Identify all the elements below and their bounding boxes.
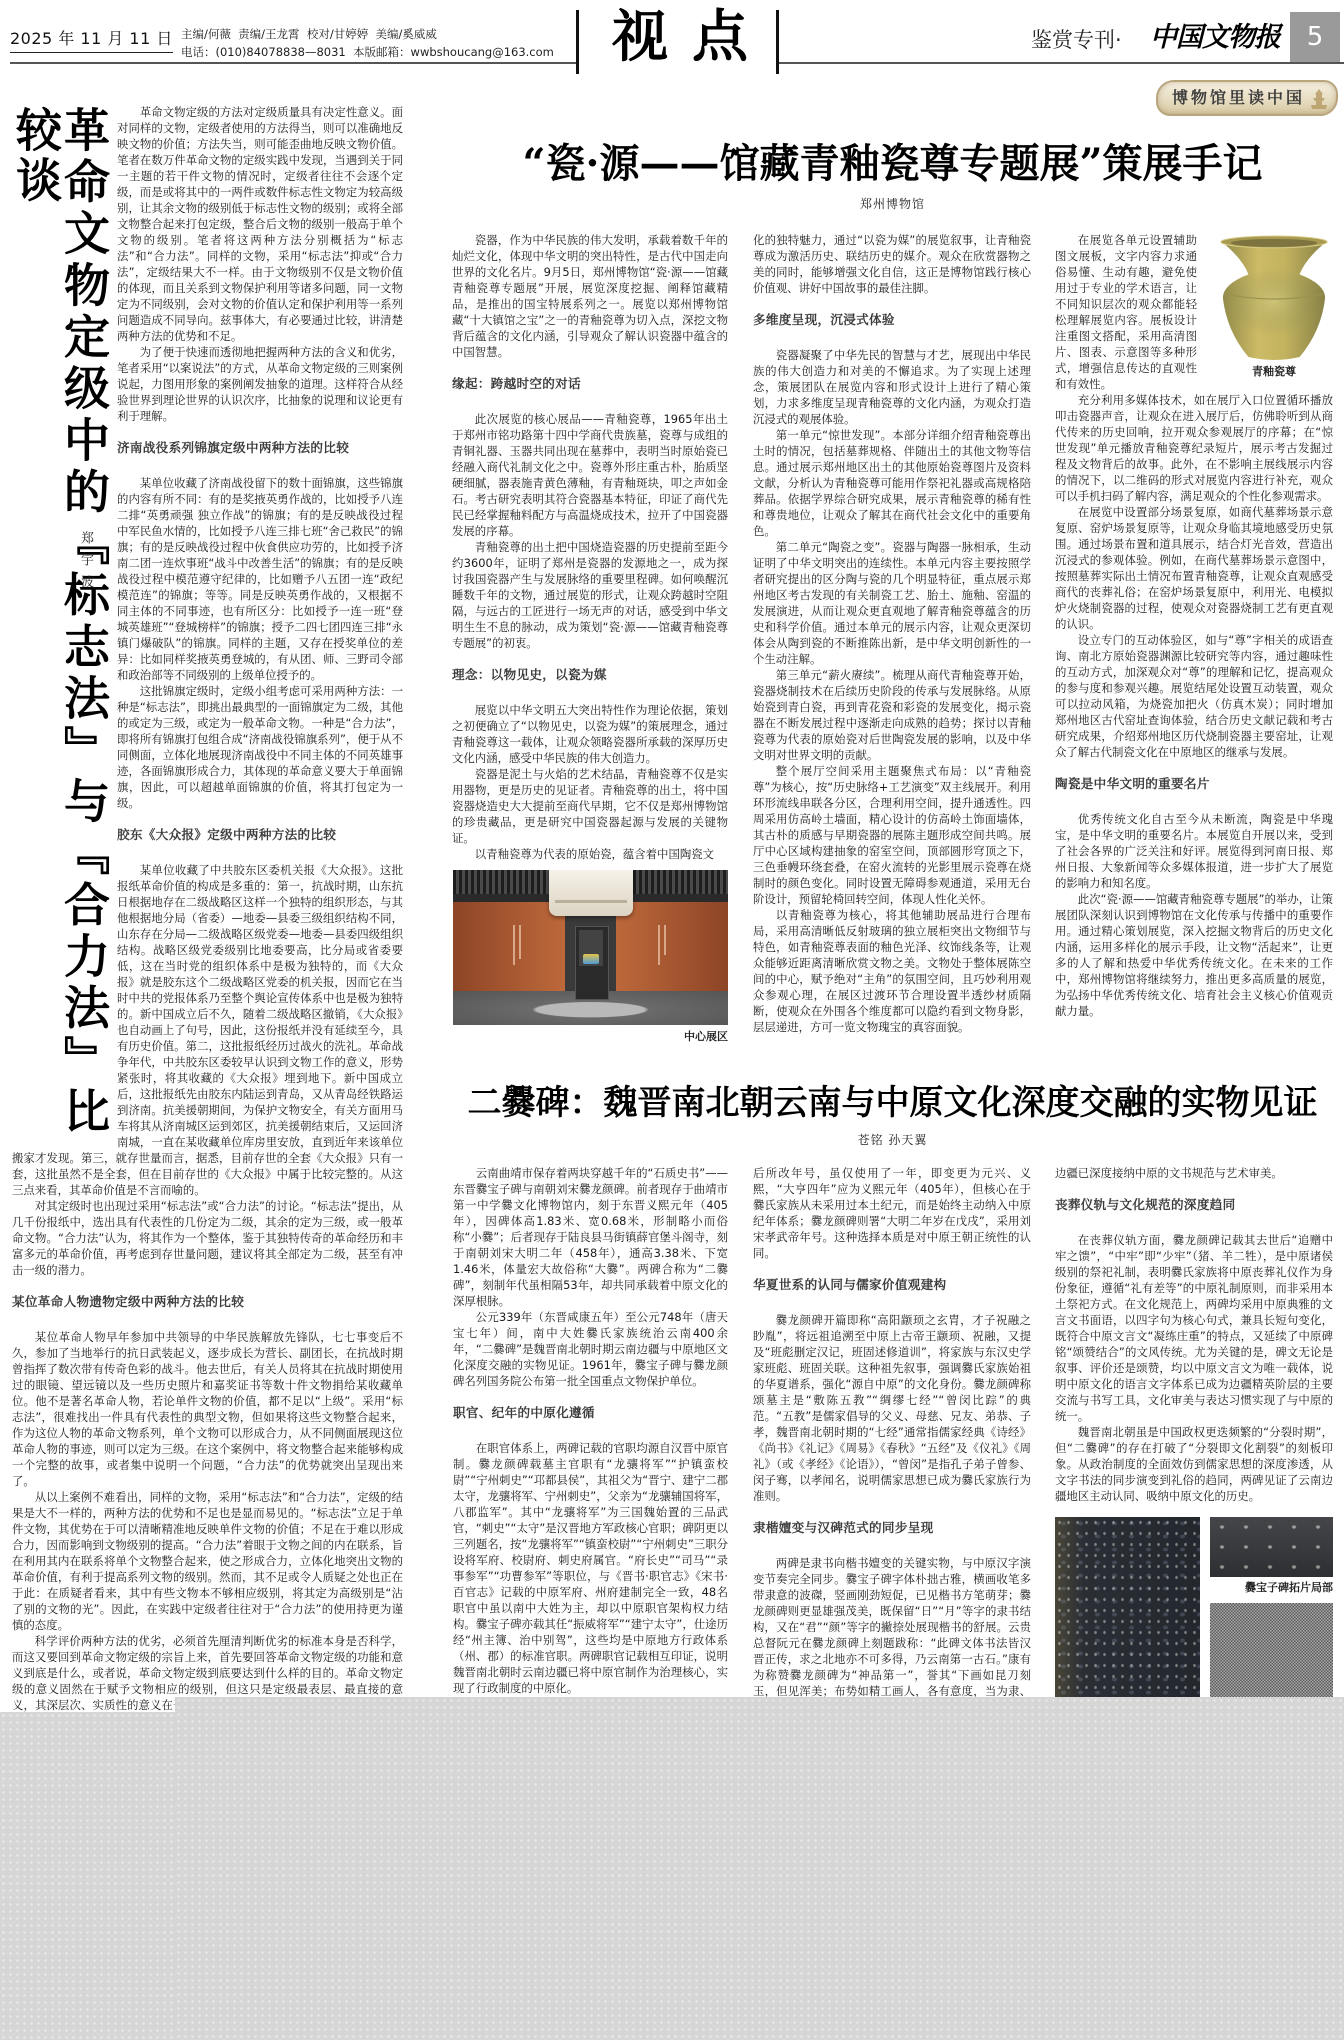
article-column-2: 后所改年号，虽仅使用了一年，即变更为元兴、义熙，“大亨四年”应为义熙元年（405…: [753, 1165, 1031, 1725]
article-title-block: 革命文物定级中的『标志法』与『合力法』比较谈 郑宇波: [12, 104, 117, 1137]
celadon-zun-vessel-photo[interactable]: [1215, 232, 1333, 364]
section-heading: 职官、纪年的中原化遵循: [453, 1405, 728, 1421]
section-heading: 隶楷嬗变与汉碑范式的同步呈现: [753, 1520, 1031, 1536]
unloaded-region-overlay: [175, 1697, 1344, 2040]
photo-wall-inscription: [519, 925, 521, 959]
publication-date: 2025 年 11 月 11 日: [10, 29, 173, 53]
article-column-3: 青釉瓷尊 在展览各单元设置辅助图文展板，文字内容力求通俗易懂、生动有趣，避免使用…: [1055, 232, 1333, 1038]
masthead-logo: 中国文物报: [1150, 20, 1280, 56]
cuan-baozi-stele-rubbing-detail[interactable]: [1210, 1517, 1333, 1577]
section-heading: 丧葬仪轨与文化规范的深度趋同: [1055, 1197, 1333, 1213]
paragraph: 第一单元“惊世发现”。本部分详细介绍青釉瓷尊出土时的情况，包括墓葬规格、伴随出土…: [753, 427, 1031, 539]
paragraph: 公元339年（东晋咸康五年）至公元748年（唐天宝七年）间，南中大姓爨氏家族统治…: [453, 1309, 728, 1389]
editor-credits: 主编/何薇 责编/王龙霄 校对/甘婷婷 美编/奚威威 电话：(010)84078…: [181, 25, 554, 61]
pagoda-ornament-icon: [1306, 86, 1332, 112]
paragraph: 青釉瓷尊的出土把中国烧造瓷器的历史提前至距今约3600年，证明了郑州是瓷器的发源…: [452, 539, 728, 651]
article-byline: 郑州博物馆: [452, 197, 1333, 211]
article-revolutionary-relics-grading: 革命文物定级中的『标志法』与『合力法』比较谈 郑宇波 革命文物定级的方法对定级质…: [12, 104, 403, 1729]
paragraph: 第三单元“薪火赓续”。梳理从商代青釉瓷尊开始，瓷器烧制技术在后续历史阶段的传承与…: [753, 667, 1031, 763]
paragraph: 某位革命人物早年参加中共领导的中华民族解放先锋队，七七事变后不久，参加了当地举行…: [12, 1329, 403, 1489]
section-heading: 理念：以物见史，以瓷为媒: [452, 667, 728, 683]
header-divider-right: [776, 10, 779, 74]
paragraph: 化的独特魅力，通过“以瓷为媒”的展览叙事，让青釉瓷尊成为激活历史、联结历史的媒介…: [753, 232, 1031, 296]
paragraph: 魏晋南北朝虽是中国政权更迭频繁的“分裂时期”，但“二爨碑”的存在打破了“分裂即文…: [1055, 1424, 1333, 1504]
paragraph: 此次“瓷·源——馆藏青釉瓷尊专题展”的举办，让策展团队深刻认识到博物馆在文化传承…: [1055, 891, 1333, 1019]
section-heading: 陶瓷是中华文明的重要名片: [1055, 776, 1333, 792]
photo-wall-inscription: [664, 925, 666, 955]
paragraph: 后所改年号，虽仅使用了一年，即变更为元兴、义熙，“大亨四年”应为义熙元年（405…: [753, 1165, 1031, 1261]
exhibition-center-hall-photo[interactable]: [453, 870, 728, 1025]
paragraph: 对其定级时也出现过采用“标志法”或“合力法”的讨论。“标志法”提出，从几千份报纸…: [12, 1198, 403, 1278]
paragraph: 以青釉瓷尊为代表的原始瓷，蕴含着中国陶瓷文: [452, 846, 728, 862]
vase-caption: 青釉瓷尊: [1215, 365, 1333, 379]
article-column-2: 化的独特魅力，通过“以瓷为媒”的展览叙事，让青釉瓷尊成为激活历史、联结历史的媒介…: [753, 232, 1031, 1038]
vase-figure: 青釉瓷尊: [1205, 232, 1333, 382]
photo-caption: 中心展区: [453, 1030, 728, 1044]
paragraph: 此次展览的核心展品——青釉瓷尊，1965年出土于郑州市铭功路第十四中学商代贵族墓…: [452, 411, 728, 539]
header-rule-left: [10, 62, 576, 64]
section-heading: 多维度呈现，沉浸式体验: [753, 312, 1031, 328]
paragraph: 第二单元“陶瓷之变”。瓷器与陶器一脉相承，生动证明了中华文明突出的连续性。本单元…: [753, 539, 1031, 667]
photo-wall-inscription: [513, 925, 515, 965]
paragraph: 以青釉瓷尊为核心，将其他辅助展品进行合理布局，采用高清晰低反射玻璃的独立展柜突出…: [753, 907, 1031, 1035]
photo-lamp-band: [555, 900, 627, 903]
newspaper-page: 2025 年 11 月 11 日 主编/何薇 责编/王龙霄 校对/甘婷婷 美编/…: [0, 0, 1344, 2040]
article-column-1: 瓷器，作为中华民族的伟大发明，承载着数千年的灿烂文化，体现中华文明的突出特性，是…: [452, 232, 728, 862]
paragraph: 爨龙颜碑开篇即称“高阳颛顼之玄胄，才子祝融之眇胤”，将远祖追溯至中原上古帝王颛顼…: [753, 1312, 1031, 1504]
paragraph: 展览以中华文明五大突出特性作为理论依据，策划之初便确立了“以物见史，以瓷为媒”的…: [452, 702, 728, 766]
paragraph: 瓷器，作为中华民族的伟大发明，承载着数千年的灿烂文化，体现中华文明的突出特性，是…: [452, 232, 728, 360]
photo-left-wall: [453, 902, 571, 998]
article-byline: 苍铭 孙天翼: [452, 1133, 1333, 1147]
paragraph: 充分利用多媒体技术，如在展厅入口位置循环播放叩击瓷器声音，让观众在进入展厅后，仿…: [1055, 392, 1333, 504]
article-author: 郑宇波: [78, 531, 92, 597]
unloaded-region-overlay: [0, 1712, 175, 2040]
paragraph: 在职官体系上，两碑记载的官职均源自汉晋中原官制。爨龙颜碑载墓主官职有“龙骧将军”…: [453, 1440, 728, 1696]
paragraph: 在展览中设置部分场景复原，如商代墓葬场景示意复原、窑炉场景复原等，让观众身临其境…: [1055, 504, 1333, 632]
column-badge-label: 博物馆里读中国: [1172, 88, 1305, 108]
paragraph: 云南曲靖市保存着两块穿越千年的“石质史书”——东晋爨宝子碑与南朝刘宋爨龙颜碑。前…: [453, 1165, 728, 1309]
photo-right-wall: [610, 902, 728, 998]
article-title[interactable]: 革命文物定级中的『标志法』与『合力法』比较谈: [12, 106, 108, 1137]
photo-wall-inscription: [658, 925, 660, 965]
section-heading: 缘起：跨越时空的对话: [452, 376, 728, 392]
header-divider-left: [576, 10, 579, 74]
article-title[interactable]: “瓷·源——馆藏青釉瓷尊专题展”策展手记: [452, 140, 1333, 188]
section-heading: 某位革命人物遗物定级中两种方法的比较: [12, 1294, 403, 1310]
paragraph: 设立专门的互动体验区，如与“尊”字相关的成语查询、南北方原始瓷器渊源比较研究等内…: [1055, 632, 1333, 760]
paragraph: 瓷器是泥土与火焰的艺术结晶，青釉瓷尊不仅是实用器物，更是历史的见证者。青釉瓷尊的…: [452, 766, 728, 846]
article-column-1: 云南曲靖市保存着两块穿越千年的“石质史书”——东晋爨宝子碑与南朝刘宋爨龙颜碑。前…: [453, 1165, 728, 1725]
article-title[interactable]: 二爨碑：魏晋南北朝云南与中原文化深度交融的实物见证: [452, 1082, 1333, 1124]
paragraph: 整个展厅空间采用主题聚焦式布局：以“青釉瓷尊”为核心，按“历史脉络+工艺演变”双…: [753, 763, 1031, 907]
paragraph: 从以上案例不难看出，同样的文物，采用“标志法”和“合力法”，定级的结果是大不一样…: [12, 1489, 403, 1633]
column-badge: 博物馆里读中国: [1156, 80, 1338, 116]
paragraph: 优秀传统文化自古至今从未断流，陶瓷是中华瑰宝，是中华文明的重要名片。本展览自开展…: [1055, 811, 1333, 891]
contact-info: 电话：(010)84078838—8031 本版邮箱：wwbshoucang@1…: [181, 45, 554, 59]
article-column-3: 边疆已深度接纳中原的文书规范与艺术审美。 丧葬仪轨与文化规范的深度趋同 在丧葬仪…: [1055, 1165, 1333, 1505]
section-title-char-2: 点: [692, 8, 748, 68]
section-heading: 华夏世系的认同与儒家价值观建构: [753, 1277, 1031, 1293]
staff-credits: 主编/何薇 责编/王龙霄 校对/甘婷婷 美编/奚威威: [181, 27, 437, 41]
rubbing-caption: 爨宝子碑拓片局部: [1190, 1581, 1333, 1595]
cuan-stele-rubbing-full[interactable]: [1055, 1517, 1200, 1727]
paragraph: 瓷器凝聚了中华先民的智慧与才艺，展现出中华民族的伟大创造力和对美的不懈追求。为了…: [753, 347, 1031, 427]
header-rule-right: [779, 62, 1344, 64]
photo-exhibit-object: [583, 954, 599, 964]
paragraph: 在丧葬仪轨方面，爨龙颜碑记载其去世后“追赠中牢之馈”，“中牢”即“少牢”（猪、羊…: [1055, 1232, 1333, 1424]
page-number: 5: [1290, 12, 1340, 62]
supplement-label: 鉴赏专刊·: [1031, 27, 1122, 53]
section-title-char-1: 视: [612, 8, 668, 68]
photo-lampshade: [549, 870, 633, 916]
paragraph: 边疆已深度接纳中原的文书规范与艺术审美。: [1055, 1165, 1333, 1181]
